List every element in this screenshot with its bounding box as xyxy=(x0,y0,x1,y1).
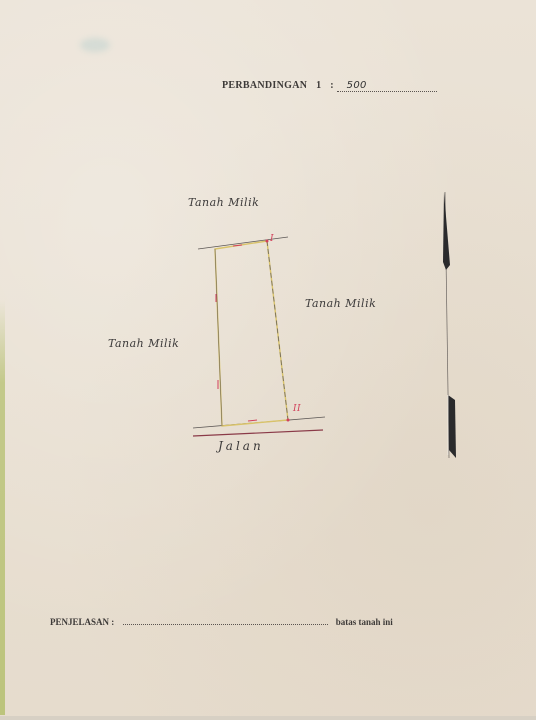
corner-marker-i: I xyxy=(270,234,274,244)
penjelasan-suffix: batas tanah ini xyxy=(336,617,393,627)
penjelasan-blank xyxy=(123,617,328,625)
penjelasan-field: PENJELASAN : batas tanah ini xyxy=(50,617,393,627)
north-arrow-icon xyxy=(443,192,456,458)
corner-marker-point xyxy=(266,240,269,243)
parcel-drawing xyxy=(0,0,536,720)
road-line xyxy=(193,430,323,436)
label-north-tanah-milik: Tanah Milik xyxy=(188,196,259,209)
label-east-tanah-milik: Tanah Milik xyxy=(305,297,376,310)
north-boundary-line xyxy=(198,237,288,249)
document-page: PERBANDINGAN 1 : 500 Tanah Milik Ta xyxy=(0,0,536,720)
label-west-tanah-milik: Tanah Milik xyxy=(108,337,179,350)
parcel-east-edge xyxy=(267,241,288,420)
corner-marker-ii: II xyxy=(293,404,301,414)
corner-marker-point xyxy=(287,419,290,422)
penjelasan-label: PENJELASAN xyxy=(50,617,109,627)
label-jalan: Jalan xyxy=(218,439,264,453)
dimension-tick xyxy=(233,245,242,246)
dimension-tick xyxy=(248,420,257,421)
parcel-outline xyxy=(215,241,288,426)
parcel-west-edge xyxy=(215,249,222,426)
penjelasan-separator: : xyxy=(111,617,114,627)
